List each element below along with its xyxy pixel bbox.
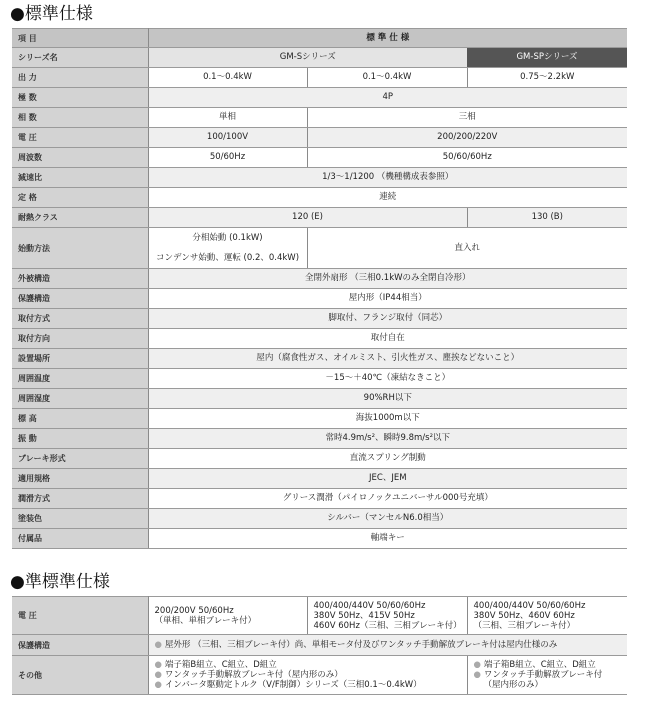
row-label: 設置場所 bbox=[12, 349, 148, 369]
table-row: 保護構造 屋内形（IP44相当） bbox=[12, 289, 627, 309]
cell: 取付自在 bbox=[148, 329, 627, 349]
semi-standard-spec-title: ●準標準仕様 bbox=[10, 572, 110, 592]
cell: 400/400/440V 50/60/60Hz 380V 50Hz、415V 5… bbox=[307, 597, 467, 635]
row-label: 耐熱クラス bbox=[12, 208, 148, 228]
bullet-icon: ● bbox=[155, 680, 162, 690]
cell-line: コンデンサ始動、運転 (0.2、0.4kW) bbox=[149, 248, 307, 268]
cell: 100/100V bbox=[148, 128, 307, 148]
cell: JEC、JEM bbox=[148, 469, 627, 489]
cell-text: 屋外形 （三相、三相ブレーキ付）尚、単相モータ付及びワンタッチ手動解放ブレーキ付… bbox=[165, 640, 557, 650]
row-label: 周囲温度 bbox=[12, 369, 148, 389]
row-label: 出 力 bbox=[12, 68, 148, 88]
cell: グリース潤滑（パイロノックユニバーサル000号充填） bbox=[148, 489, 627, 509]
cell: 4P bbox=[148, 88, 627, 108]
row-label: 適用規格 bbox=[12, 469, 148, 489]
row-label: 保護構造 bbox=[12, 289, 148, 309]
cell: 脚取付、フランジ取付（同芯） bbox=[148, 309, 627, 329]
cell-line: 400/400/440V 50/60/60Hz bbox=[474, 601, 622, 611]
row-label: 塗装色 bbox=[12, 509, 148, 529]
bullet-icon: ● bbox=[474, 670, 481, 680]
cell: 全閉外扇形 （三相0.1kWのみ全閉自冷形） bbox=[148, 269, 627, 289]
cell: 三相 bbox=[307, 108, 627, 128]
cell: 400/400/440V 50/60/60Hz 380V 50Hz、460V 6… bbox=[467, 597, 627, 635]
cell-line: インバータ駆動定トルク（V/F制御）シリーズ（三相0.1～0.4kW） bbox=[165, 680, 422, 690]
cell-line: 端子箱B組立、C組立、D組立 bbox=[484, 660, 596, 670]
table-row: 塗装色 シルバー（マンセルN6.0相当） bbox=[12, 509, 627, 529]
table-row: 周囲温度 －15～＋40℃（凍結なきこと） bbox=[12, 369, 627, 389]
cell: 屋内（腐食性ガス、オイルミスト、引火性ガス、塵挨などないこと） bbox=[148, 349, 627, 369]
header-row: 項 目 標 準 仕 様 bbox=[12, 29, 627, 48]
cell: 海抜1000m以下 bbox=[148, 409, 627, 429]
row-label: 始動方法 bbox=[12, 228, 148, 269]
row-label: ブレーキ形式 bbox=[12, 449, 148, 469]
table-row: 適用規格 JEC、JEM bbox=[12, 469, 627, 489]
row-label: 振 動 bbox=[12, 429, 148, 449]
table-row: 電 圧 200/200V 50/60Hz （単相、単相ブレーキ付） 400/40… bbox=[12, 597, 627, 635]
standard-spec-table: 項 目 標 準 仕 様 シリーズ名 GM-Sシリーズ GM-SPシリーズ 出 力… bbox=[12, 28, 627, 549]
table-row: 外被構造 全閉外扇形 （三相0.1kWのみ全閉自冷形） bbox=[12, 269, 627, 289]
header-spec-label: 標 準 仕 様 bbox=[148, 29, 627, 48]
row-label: 定 格 bbox=[12, 188, 148, 208]
cell: 連続 bbox=[148, 188, 627, 208]
row-label: 電 圧 bbox=[12, 597, 148, 635]
cell-line: 460V 60Hz（三相、三相ブレーキ付） bbox=[314, 621, 461, 631]
bullet-icon: ● bbox=[155, 660, 162, 670]
cell-line: （屋内形のみ） bbox=[484, 680, 544, 690]
cell: 屋内形（IP44相当） bbox=[148, 289, 627, 309]
bullet-icon: ● bbox=[155, 640, 162, 650]
bullet-icon: ● bbox=[155, 670, 162, 680]
cell: 0.75～2.2kW bbox=[467, 68, 627, 88]
cell: 直流スプリング制動 bbox=[148, 449, 627, 469]
table-row: 極 数 4P bbox=[12, 88, 627, 108]
cell: 直入れ bbox=[307, 228, 627, 269]
table-row: 定 格 連続 bbox=[12, 188, 627, 208]
row-label: 電 圧 bbox=[12, 128, 148, 148]
cell: －15～＋40℃（凍結なきこと） bbox=[148, 369, 627, 389]
cell-line: 200/200V 50/60Hz bbox=[155, 606, 301, 616]
cell-line: 400/400/440V 50/60/60Hz bbox=[314, 601, 461, 611]
cell: 1/3～1/1200 （機種構成表参照） bbox=[148, 168, 627, 188]
table-row: 振 動 常時4.9m/s²、瞬時9.8m/s²以下 bbox=[12, 429, 627, 449]
row-label: 付属品 bbox=[12, 529, 148, 549]
table-row: 減速比 1/3～1/1200 （機種構成表参照） bbox=[12, 168, 627, 188]
cell: 常時4.9m/s²、瞬時9.8m/s²以下 bbox=[148, 429, 627, 449]
table-row: 付属品 軸端キー bbox=[12, 529, 627, 549]
cell: 130 (B) bbox=[467, 208, 627, 228]
table-row: 周囲湿度 90%RH以下 bbox=[12, 389, 627, 409]
row-label: 潤滑方式 bbox=[12, 489, 148, 509]
cell: 軸端キー bbox=[148, 529, 627, 549]
table-row: 潤滑方式 グリース潤滑（パイロノックユニバーサル000号充填） bbox=[12, 489, 627, 509]
cell: 0.1～0.4kW bbox=[307, 68, 467, 88]
row-label: 相 数 bbox=[12, 108, 148, 128]
table-row: その他 ●端子箱B組立、C組立、D組立 ●ワンタッチ手動解放ブレーキ付（屋内形の… bbox=[12, 656, 627, 695]
cell-line: 端子箱B組立、C組立、D組立 bbox=[165, 660, 277, 670]
cell-line: 380V 50Hz、415V 50Hz bbox=[314, 611, 461, 621]
table-row: 電 圧 100/100V 200/200/220V bbox=[12, 128, 627, 148]
row-label: 保護構造 bbox=[12, 635, 148, 656]
row-label: 取付方式 bbox=[12, 309, 148, 329]
cell: 50/60Hz bbox=[148, 148, 307, 168]
series-gm-s: GM-Sシリーズ bbox=[148, 48, 467, 68]
header-item-label: 項 目 bbox=[12, 29, 148, 48]
cell-line: ワンタッチ手動解放ブレーキ付 bbox=[484, 670, 602, 680]
cell-line: 380V 50Hz、460V 60Hz bbox=[474, 611, 622, 621]
cell-line: ワンタッチ手動解放ブレーキ付（屋内形のみ） bbox=[165, 670, 343, 680]
cell-line: （単相、単相ブレーキ付） bbox=[155, 616, 301, 626]
cell: 200/200V 50/60Hz （単相、単相ブレーキ付） bbox=[148, 597, 307, 635]
series-gm-sp: GM-SPシリーズ bbox=[467, 48, 627, 68]
table-row: 出 力 0.1～0.4kW 0.1～0.4kW 0.75～2.2kW bbox=[12, 68, 627, 88]
table-row: ブレーキ形式 直流スプリング制動 bbox=[12, 449, 627, 469]
cell: 単相 bbox=[148, 108, 307, 128]
row-label: 周波数 bbox=[12, 148, 148, 168]
table-row: 標 高 海抜1000m以下 bbox=[12, 409, 627, 429]
cell-line: （三相、三相ブレーキ付） bbox=[474, 621, 622, 631]
row-label: その他 bbox=[12, 656, 148, 695]
row-label: 取付方向 bbox=[12, 329, 148, 349]
bullet-icon: ● bbox=[474, 660, 481, 670]
semi-standard-spec-table: 電 圧 200/200V 50/60Hz （単相、単相ブレーキ付） 400/40… bbox=[12, 596, 627, 695]
cell: ●屋外形 （三相、三相ブレーキ付）尚、単相モータ付及びワンタッチ手動解放ブレーキ… bbox=[148, 635, 627, 656]
row-label: 減速比 bbox=[12, 168, 148, 188]
cell: ●端子箱B組立、C組立、D組立 ●ワンタッチ手動解放ブレーキ付（屋内形のみ） ●… bbox=[148, 656, 467, 695]
cell: ●端子箱B組立、C組立、D組立 ●ワンタッチ手動解放ブレーキ付 （屋内形のみ） bbox=[467, 656, 627, 695]
row-label: 標 高 bbox=[12, 409, 148, 429]
cell: 50/60/60Hz bbox=[307, 148, 627, 168]
series-label: シリーズ名 bbox=[12, 48, 148, 68]
row-label: 極 数 bbox=[12, 88, 148, 108]
row-label: 外被構造 bbox=[12, 269, 148, 289]
cell: シルバー（マンセルN6.0相当） bbox=[148, 509, 627, 529]
cell: 200/200/220V bbox=[307, 128, 627, 148]
table-row: 保護構造 ●屋外形 （三相、三相ブレーキ付）尚、単相モータ付及びワンタッチ手動解… bbox=[12, 635, 627, 656]
table-row: 始動方法 分相始動 (0.1kW) コンデンサ始動、運転 (0.2、0.4kW)… bbox=[12, 228, 627, 269]
table-row: 設置場所 屋内（腐食性ガス、オイルミスト、引火性ガス、塵挨などないこと） bbox=[12, 349, 627, 369]
cell: 0.1～0.4kW bbox=[148, 68, 307, 88]
table-row: 相 数 単相 三相 bbox=[12, 108, 627, 128]
standard-spec-title: ●標準仕様 bbox=[10, 4, 93, 24]
cell: 120 (E) bbox=[148, 208, 467, 228]
table-row: 取付方式 脚取付、フランジ取付（同芯） bbox=[12, 309, 627, 329]
cell: 90%RH以下 bbox=[148, 389, 627, 409]
table-row: 周波数 50/60Hz 50/60/60Hz bbox=[12, 148, 627, 168]
cell-line: 分相始動 (0.1kW) bbox=[149, 228, 307, 248]
table-row: 耐熱クラス 120 (E) 130 (B) bbox=[12, 208, 627, 228]
series-row: シリーズ名 GM-Sシリーズ GM-SPシリーズ bbox=[12, 48, 627, 68]
row-label: 周囲湿度 bbox=[12, 389, 148, 409]
table-row: 取付方向 取付自在 bbox=[12, 329, 627, 349]
cell: 分相始動 (0.1kW) コンデンサ始動、運転 (0.2、0.4kW) bbox=[148, 228, 307, 269]
